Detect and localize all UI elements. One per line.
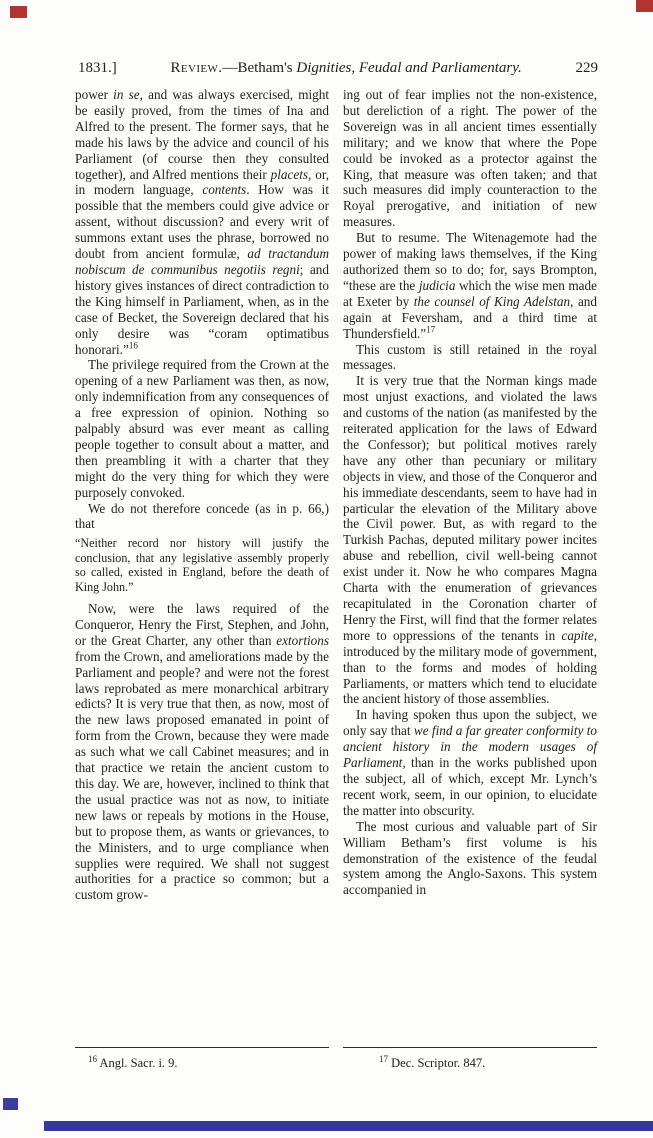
text-segment: capite	[561, 628, 593, 643]
header-year: 1831.]	[78, 60, 117, 77]
paragraph: But to resume. The Witenagemote had the …	[343, 230, 597, 341]
text-segment: —Betham's	[222, 60, 296, 76]
paragraph: The most curious and valuable part of Si…	[343, 819, 597, 899]
scan-artifact-bottom-bar	[44, 1121, 653, 1131]
paragraph: It is very true that the Norman kings ma…	[343, 373, 597, 707]
text-segment: contents	[202, 182, 246, 197]
footnote-reference: 17	[426, 324, 435, 334]
text-segment: ing out of fear implies not the non-exis…	[343, 87, 597, 229]
header-page-number: 229	[576, 60, 599, 77]
text-segment: It is very true that the Norman kings ma…	[343, 373, 597, 643]
running-header: 1831.] Review.—Betham's Dignities, Feuda…	[78, 60, 598, 77]
text-segment: power	[75, 87, 113, 102]
left-column: power in se, and was always exercised, m…	[75, 87, 329, 1097]
scan-artifact-top-left	[10, 6, 27, 18]
footnote-text: Angl. Sacr. i. 9.	[97, 1056, 178, 1070]
scan-artifact-bottom-left	[3, 1098, 18, 1110]
text-segment: in se	[113, 87, 139, 102]
paragraph: This custom is still retained in the roy…	[343, 342, 597, 374]
paragraph: The privilege required from the Crown at…	[75, 357, 329, 500]
text-segment: from the Crown, and ameliorations made b…	[75, 649, 329, 903]
text-segment: Dignities, Feudal and Parliamentary.	[296, 60, 521, 76]
footnote-rule	[343, 1047, 597, 1048]
text-segment: “Neither record nor history will justify…	[75, 536, 329, 593]
footnote: 16 Angl. Sacr. i. 9.	[75, 1056, 329, 1071]
header-title: Review.—Betham's Dignities, Feudal and P…	[170, 60, 521, 77]
two-column-text: power in se, and was always exercised, m…	[75, 87, 597, 1097]
text-segment: We do not therefore concede (as in p. 66…	[75, 501, 329, 532]
text-segment: judicia	[419, 278, 456, 293]
block-quote: “Neither record nor history will justify…	[75, 536, 329, 594]
footnote-marker: 16	[88, 1054, 97, 1064]
right-column-text: ing out of fear implies not the non-exis…	[343, 87, 597, 898]
right-footnote-block: 17 Dec. Scriptor. 847.	[343, 1047, 597, 1071]
text-segment: the counsel of King Adelstan	[414, 294, 570, 309]
text-segment: The most curious and valuable part of Si…	[343, 819, 597, 898]
text-segment: The privilege required from the Crown at…	[75, 357, 329, 499]
text-segment: placets	[271, 167, 308, 182]
footnote-marker: 17	[379, 1054, 388, 1064]
left-column-text: power in se, and was always exercised, m…	[75, 87, 329, 903]
scan-artifact-top-right	[636, 0, 653, 12]
text-segment: Review.	[170, 60, 222, 76]
footnote: 17 Dec. Scriptor. 847.	[343, 1056, 597, 1071]
paragraph: Now, were the laws required of the Conqu…	[75, 601, 329, 903]
footnote-reference: 16	[129, 340, 138, 350]
right-column: ing out of fear implies not the non-exis…	[343, 87, 597, 1097]
footnote-rule	[75, 1047, 329, 1048]
footnote-text: Dec. Scriptor. 847.	[388, 1056, 485, 1070]
paragraph: We do not therefore concede (as in p. 66…	[75, 501, 329, 533]
paragraph: In having spoken thus upon the subject, …	[343, 707, 597, 818]
paragraph: ing out of fear implies not the non-exis…	[343, 87, 597, 230]
left-footnote-block: 16 Angl. Sacr. i. 9.	[75, 1047, 329, 1071]
text-segment: extortions	[276, 633, 329, 648]
text-segment: This custom is still retained in the roy…	[343, 342, 597, 373]
paragraph: power in se, and was always exercised, m…	[75, 87, 329, 357]
scanned-book-page: 1831.] Review.—Betham's Dignities, Feuda…	[0, 0, 653, 1138]
